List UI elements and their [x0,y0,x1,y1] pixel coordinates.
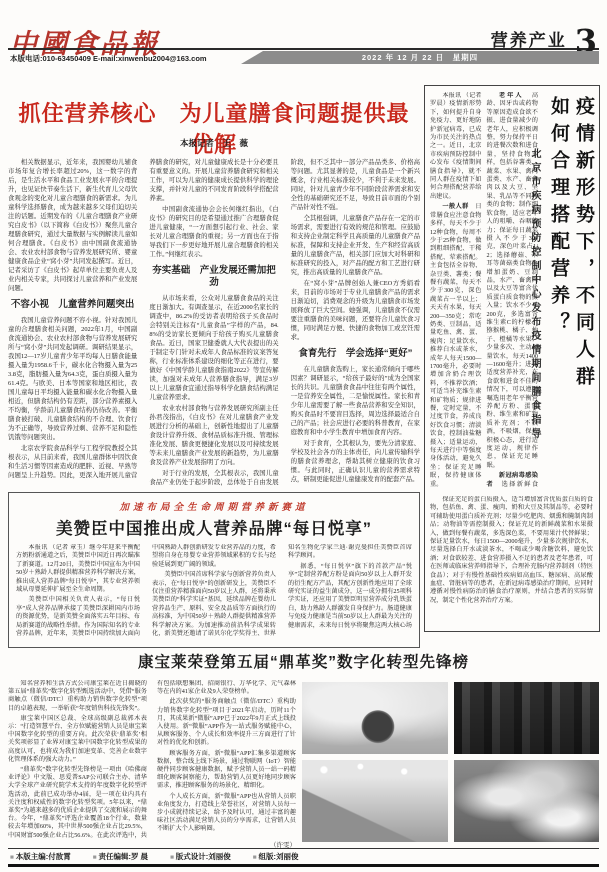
article-paragraph: 我国儿童营养问题不容小视。针对我国儿童的合理膳食相关问题，2022年1月，中国副… [8,316,137,442]
article-subhead: 食育先行 学会选择“更好” [291,348,420,360]
bottom-article-headline: 康宝莱荣登第五届“鼎革奖”数字化转型先锋榜 [8,650,599,672]
footer-credits: 本版主编:付敔霄责任编辑:罗 晨版式设计:刘丽俊组版:刘丽俊 [10,851,570,862]
newspaper-page: 中國食品報 本版电话:010-63450409 E-mail:xinwenbu2… [0,0,607,872]
main-byline: 本报记者 王 薇 [8,137,420,149]
lab-researcher-photo [302,682,448,754]
sidebar-title: 疫情新形势下，不同人群如何合理搭配营养？ [546,96,596,398]
section-name: 营养产业 [491,31,567,50]
sidebar-box: 本报讯 （记者 罗晨）疫情新形势下，如何提升自身免疫力、更好地防护新冠病毒，已成… [424,85,600,632]
sidebar-body-wide: 保证充足的蛋白质摄入，适当增加富含优质蛋白质的食物，包括鱼、禽、蛋、瘦肉、奶和大… [430,496,593,624]
paragraph-lead: 一般人群 [442,203,475,210]
sidebar-subtitle: 北京市疾病预防控制中心发布疫情期间膳食指导 [527,148,542,488]
photo-grid [302,682,599,843]
article-paragraph: 此次获奖的“服务商触点（微信/DTC）重构助力销售数字化转型”项目于2021年启… [157,698,296,747]
article-paragraph: 农业农村部食物与营养发展研究所副主任孙君茂指出，《白皮书》在对儿童膳食产业发展进… [149,404,278,467]
paragraph-lead: 老年人 [499,92,532,99]
article-paragraph: 本版主编:付敔霄 [10,851,71,862]
bottom-article-body: 知名营养和生活方式公司康宝莱在近日揭晓的第五届“鼎革奖”数字化转型甄选活动中，凭… [8,680,296,840]
article-paragraph: 对于食育，仝其根认为，要先分清家庭、学校及社会各方的主体责任，向儿童传输科学的膳… [291,439,420,484]
mid-article-box: 加速布局全生命周期营养新赛道 美赞臣中国推出成人营养品牌“每日悦享” 本报讯 （… [8,492,420,648]
quality-test-photo [454,760,600,842]
mid-article-body: 本报讯 （记者 章玉）继今年迎来平衡配方奶粉新通道之后，美赞臣中国近日再次瞄准了… [16,544,412,644]
factory-line-photo [302,760,448,842]
article-paragraph: 组版:刘丽俊 [253,851,299,862]
mid-article-headline: 美赞臣中国推出成人营养品牌“每日悦享” [16,515,412,539]
article-paragraph: 仝其根强调，儿童膳食产品存在一定的市场需求，需要进行有效的规范和管理。应鼓励和支… [291,214,420,277]
article-paragraph: 知名营养和生活方式公司康宝莱在近日揭晓的第五届“鼎革奖”数字化转型甄选活动中，凭… [8,680,147,713]
article-paragraph: 从市场来看，公众对儿童膳食食品的关注度日渐加大。有调查显示，在近2000名家长的… [149,294,278,402]
article-paragraph: 相关数据显示，近年来，我国婴幼儿辅食市场年复合增长率超过20%，这一数字的背后，… [8,158,137,293]
production-equipment-photo [454,682,600,754]
footer-rule-top [8,848,599,849]
article-paragraph: 顾客服务方面，新“微服”APP汇集多渠道顾客数据，整合线上线下场景，通过物联网（… [157,750,296,791]
sidebar-body: 本报讯 （记者 罗晨）疫情新形势下，如何提升自身免疫力、更好地防护新冠病毒，已成… [430,92,538,492]
article-paragraph: 在“窝小芽”品牌创始人兼CEO方秀娟看来，目前的市场对于专业儿童膳食产品的需求日… [291,279,420,342]
article-paragraph: 保证充足的蛋白质摄入，适当增加富含优质蛋白质的食物，包括鱼、禽、蛋、瘦肉、奶和大… [430,496,593,605]
article-paragraph: 康宝莱中国区总裁、全球高级副总裁郭木表示：“打造智慧平台、全方位赋能营销人员是康… [8,715,147,764]
mid-article-kicker: 加速布局全生命周期营养新赛道 [16,499,412,513]
article-paragraph: 中国副食流通协会会长何继红指出，《白皮书》的研究目的是希望通过推广合理膳食促进儿… [149,205,278,259]
contact-line: 本版电话:010-63450409 E-mail:xinwenbu2004@16… [10,53,207,64]
article-paragraph: 一般人群 日常膳食应注意食物多样，每天不少于12种食物，每周不少于25种食物，做… [430,203,482,489]
article-paragraph: 个人成长方面，新“微服”APP也从营销人员职业角度发力，打造线上荣誉社区，对营销… [157,793,296,834]
article-paragraph: 本报讯 （记者 章玉）继今年迎来平衡配方奶粉新通道之后，美赞臣中国近日再次瞄准了… [16,544,140,594]
article-subhead: 不容小视 儿童营养问题突出 [8,299,137,311]
main-headline: 抓住营养核心 为儿童膳食问题提供最优解 [8,97,420,159]
article-paragraph: 本报讯 （记者 罗晨）疫情新形势下，如何提升自身免疫力、更好地防护新冠病毒，已成… [430,92,482,201]
article-paragraph: 版式设计:刘丽俊 [170,851,231,862]
article-subhead: 夯实基础 产业发展还需加把劲 [149,265,278,289]
date-bar: 2022 年 12 月 22 日 星期四 [241,51,599,64]
article-paragraph: 在儿童膳食选购上，家长通常倾向于哪些因素？调研显示，“给孩子最好的”成为全国家长… [291,365,420,437]
article-paragraph: 责任编辑:罗 晨 [93,851,148,862]
main-article-body: 相关数据显示，近年来，我国婴幼儿辅食市场年复合增长率超过20%，这一数字的背后，… [8,158,420,488]
footer-rule-bottom [8,864,599,867]
